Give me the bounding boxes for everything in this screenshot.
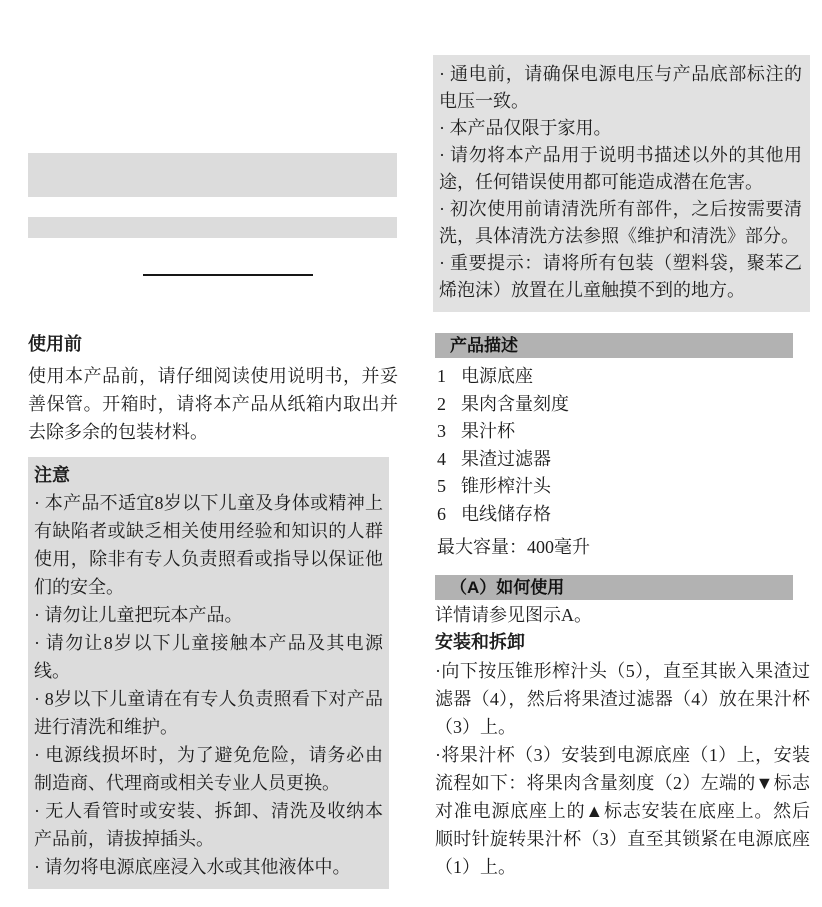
caution-heading: 注意 <box>34 463 383 487</box>
list-item: 1电源底座 <box>437 363 807 391</box>
part-number: 6 <box>437 501 461 529</box>
bullet-item: · 初次使用前请清洗所有部件，之后按需要清洗，具体清洗方法参照《维护和清洗》部分… <box>439 196 802 250</box>
caution-section: 注意 · 本产品不适宜8岁以下儿童及身体或精神上有缺陷者或缺乏相关使用经验和知识… <box>28 457 389 889</box>
bullet-item: · 8岁以下儿童请在有专人负责照看下对产品进行清洗和维护。 <box>34 685 383 741</box>
assembly-instructions: ·向下按压锥形榨汁头（5），直至其嵌入果渣过滤器（4），然后将果渣过滤器（4）放… <box>435 657 810 881</box>
list-item: 6电线储存格 <box>437 501 807 529</box>
placeholder-image-bar-1 <box>28 153 397 197</box>
bullet-item: · 本产品仅限于家用。 <box>439 115 802 142</box>
parts-list: 1电源底座 2果肉含量刻度 3果汁杯 4果渣过滤器 5锥形榨汁头 6电线储存格 <box>437 363 807 528</box>
manual-page: { "colors": { "text": "#1c1c1c", "left_p… <box>0 0 822 907</box>
assembly-heading: 安装和拆卸 <box>435 630 810 654</box>
list-item: 5锥形榨汁头 <box>437 473 807 501</box>
part-label: 锥形榨汁头 <box>461 476 551 496</box>
before-use-body: 使用本产品前，请仔细阅读使用说明书，并妥善保管。开箱时，请将本产品从纸箱内取出并… <box>28 362 398 446</box>
bullet-item: · 无人看管时或安装、拆卸、清洗及收纳本产品前，请拔掉插头。 <box>34 797 383 853</box>
placeholder-image-bar-2 <box>28 217 397 238</box>
part-label: 果汁杯 <box>461 421 515 441</box>
part-label: 果渣过滤器 <box>461 449 551 469</box>
safety-notes-section: · 通电前，请确保电源电压与产品底部标注的电压一致。 · 本产品仅限于家用。 ·… <box>433 55 810 312</box>
part-label: 电源底座 <box>461 366 533 386</box>
bullet-item: ·将果汁杯（3）安装到电源底座（1）上，安装流程如下：将果肉含量刻度（2）左端的… <box>435 741 810 881</box>
product-description-heading: 产品描述 <box>450 336 518 355</box>
list-item: 4果渣过滤器 <box>437 446 807 474</box>
part-label: 电线储存格 <box>461 504 551 524</box>
bullet-item: · 请勿将本产品用于说明书描述以外的其他用途，任何错误使用都可能造成潜在危害。 <box>439 142 802 196</box>
bullet-item: · 请勿让儿童把玩本产品。 <box>34 601 383 629</box>
part-number: 2 <box>437 391 461 419</box>
bullet-item: ·向下按压锥形榨汁头（5），直至其嵌入果渣过滤器（4），然后将果渣过滤器（4）放… <box>435 657 810 741</box>
bullet-item: · 电源线损坏时，为了避免危险，请务必由制造商、代理商或相关专业人员更换。 <box>34 741 383 797</box>
how-to-use-heading-bar: （A）如何使用 <box>435 575 793 600</box>
how-to-use-heading: （A）如何使用 <box>450 578 564 597</box>
list-item: 3果汁杯 <box>437 418 807 446</box>
how-to-use-intro: 详情请参见图示A。 <box>435 601 810 627</box>
divider-line <box>143 274 313 276</box>
part-number: 5 <box>437 473 461 501</box>
bullet-item: · 本产品不适宜8岁以下儿童及身体或精神上有缺陷者或缺乏相关使用经验和知识的人群… <box>34 489 383 601</box>
max-capacity-text: 最大容量：400毫升 <box>437 533 807 559</box>
part-label: 果肉含量刻度 <box>461 394 569 414</box>
before-use-section: 使用前 使用本产品前，请仔细阅读使用说明书，并妥善保管。开箱时，请将本产品从纸箱… <box>28 332 398 446</box>
part-number: 3 <box>437 418 461 446</box>
list-item: 2果肉含量刻度 <box>437 391 807 419</box>
product-description-heading-bar: 产品描述 <box>435 333 793 358</box>
part-number: 1 <box>437 363 461 391</box>
bullet-item: · 通电前，请确保电源电压与产品底部标注的电压一致。 <box>439 61 802 115</box>
bullet-item: · 请勿将电源底座浸入水或其他液体中。 <box>34 853 383 881</box>
part-number: 4 <box>437 446 461 474</box>
before-use-heading: 使用前 <box>28 332 398 356</box>
bullet-item: · 重要提示：请将所有包装（塑料袋，聚苯乙烯泡沫）放置在儿童触摸不到的地方。 <box>439 250 802 304</box>
bullet-item: · 请勿让8岁以下儿童接触本产品及其电源线。 <box>34 629 383 685</box>
